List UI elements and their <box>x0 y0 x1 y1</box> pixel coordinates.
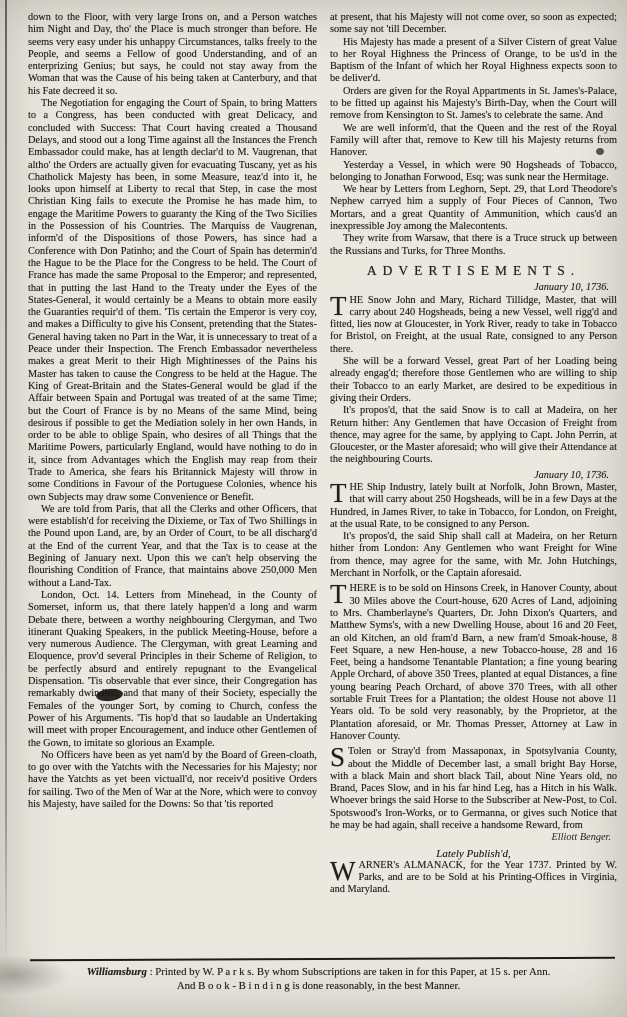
news-paragraph: They write from Warsaw, that there is a … <box>330 233 617 258</box>
ad-paragraph: She will be a forward Vessel, great Part… <box>330 356 617 405</box>
scan-edge-line <box>5 0 7 962</box>
imprint-text: : Printed by W. P a r k s. By whom Subsc… <box>147 966 550 978</box>
news-paragraph: No Officers have been as yet nam'd by th… <box>28 750 317 811</box>
news-paragraph: Yesterday a Vessel, in which were 90 Hog… <box>330 160 617 185</box>
ad-paragraph: It's propos'd, that the said Snow is to … <box>330 405 617 466</box>
news-paragraph: We are well inform'd, that the Queen and… <box>330 123 617 160</box>
ad-text: ARNER's ALMANACK, for the Year 1737. Pri… <box>330 860 617 896</box>
ad-paragraph: THE Snow John and Mary, Richard Tillidge… <box>330 295 617 356</box>
ad-date: January 10, 1736. <box>330 470 617 482</box>
right-column: at present, that his Majesty will not co… <box>330 12 617 953</box>
left-column: down to the Floor, with very large Irons… <box>28 12 317 953</box>
ad-text: HE Snow John and Mary, Richard Tillidge,… <box>330 295 617 355</box>
ad-paragraph: It's propos'd, the said Ship shall call … <box>330 531 617 580</box>
ad-ship-industry: January 10, 1736. THE Ship Industry, lat… <box>330 470 617 581</box>
drop-cap-initial: T <box>330 583 350 605</box>
ink-blot <box>596 148 604 155</box>
ad-paragraph: THERE is to be sold on Hinsons Creek, in… <box>330 583 617 743</box>
lately-publishd-line: Lately Publish'd, <box>330 848 617 860</box>
ad-warners-almanack: Lately Publish'd, WARNER's ALMANACK, for… <box>330 848 617 897</box>
text-columns: down to the Floor, with very large Irons… <box>28 12 617 953</box>
imprint-line: Williamsburg : Printed by W. P a r k s. … <box>20 966 617 980</box>
news-paragraph: His Majesty has made a present of a Silv… <box>330 37 617 86</box>
news-paragraph: London, Oct. 14. Letters from Minehead, … <box>28 590 317 750</box>
ad-land-for-sale: THERE is to be sold on Hinsons Creek, in… <box>330 583 617 743</box>
imprint-city: Williamsburg <box>87 966 147 978</box>
news-paragraph: We are told from Paris, that all the Cle… <box>28 504 317 590</box>
ad-stolen-horse: STolen or Stray'd from Massaponax, in Sp… <box>330 746 617 844</box>
ad-snow-john-and-mary: January 10, 1736. THE Snow John and Mary… <box>330 282 617 466</box>
news-paragraph: The Negotiation for engaging the Court o… <box>28 98 317 504</box>
ad-paragraph: WARNER's ALMANACK, for the Year 1737. Pr… <box>330 860 617 897</box>
ad-paragraph: STolen or Stray'd from Massaponax, in Sp… <box>330 746 617 832</box>
news-paragraph: Orders are given for the Royal Appartmen… <box>330 86 617 123</box>
news-paragraph: down to the Floor, with very large Irons… <box>28 12 317 98</box>
news-paragraph: at present, that his Majesty will not co… <box>330 12 617 37</box>
ad-text: Tolen or Stray'd from Massaponax, in Spo… <box>330 746 617 831</box>
ad-signature: Elliott Benger. <box>330 832 617 844</box>
drop-cap-initial: W <box>330 860 358 882</box>
ad-paragraph: THE Ship Industry, lately built at Norfo… <box>330 482 617 531</box>
news-paragraph: We hear by Letters from Leghorn, Sept. 2… <box>330 184 617 233</box>
footer-divider-rule <box>30 957 615 962</box>
ad-text: HERE is to be sold on Hinsons Creek, in … <box>330 583 617 742</box>
drop-cap-initial: S <box>330 746 348 768</box>
drop-cap-initial: T <box>330 295 350 317</box>
imprint-footer: Williamsburg : Printed by W. P a r k s. … <box>20 966 617 993</box>
drop-cap-initial: T <box>330 482 350 504</box>
bookbinding-line: And B o o k - B i n d i n g is done reas… <box>20 980 617 994</box>
ad-text: HE Ship Industry, lately built at Norfol… <box>330 482 617 530</box>
newspaper-page: down to the Floor, with very large Irons… <box>0 0 627 1017</box>
ad-date: January 10, 1736. <box>330 282 617 294</box>
advertisements-heading: ADVERTISEMENTS. <box>330 265 617 277</box>
